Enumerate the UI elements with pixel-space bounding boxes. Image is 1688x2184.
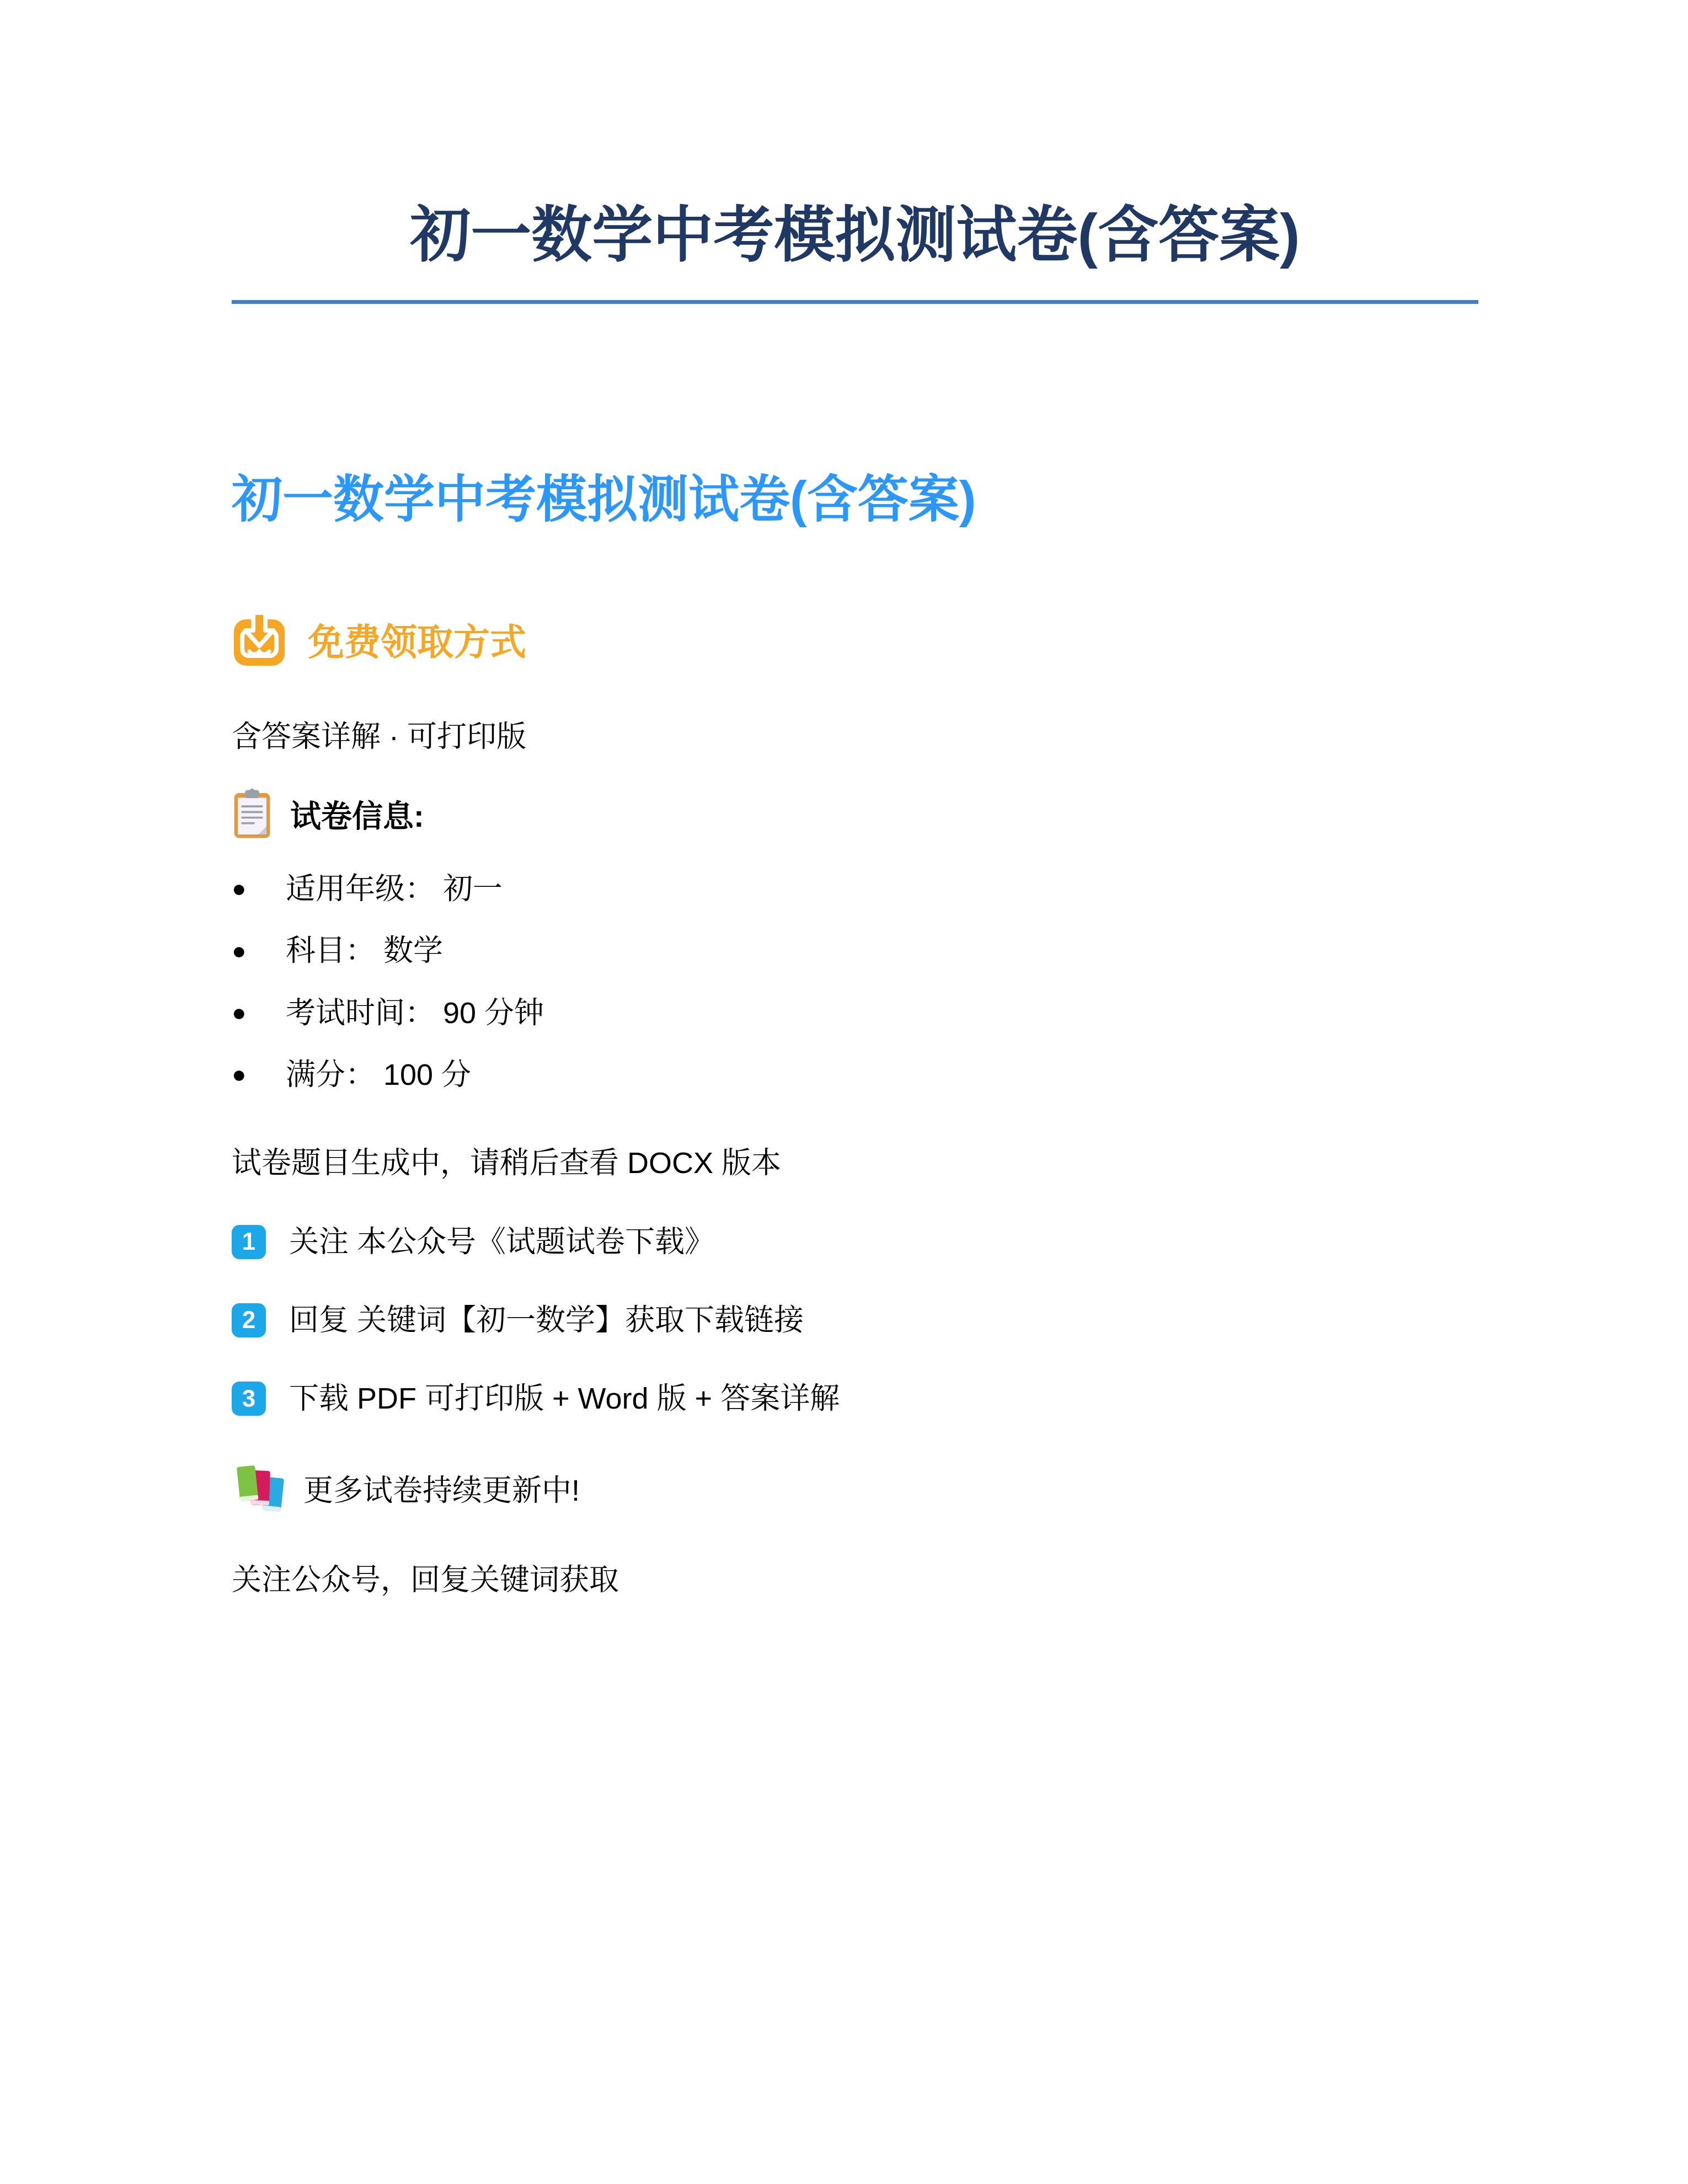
subtitle: 含答案详解 · 可打印版 — [232, 715, 1478, 758]
books-icon — [232, 1463, 289, 1520]
info-heading-row: 试卷信息: — [232, 788, 1478, 840]
step-row: 2 回复 关键词【初一数学】获取下载链接 — [232, 1299, 1478, 1342]
step-row: 1 关注 本公众号《试题试卷下载》 — [232, 1221, 1478, 1264]
section-heading: 初一数学中考模拟测试卷(含答案) — [232, 469, 1478, 530]
more-updates-text: 更多试卷持续更新中! — [303, 1469, 580, 1512]
step-text: 关注 本公众号《试题试卷下载》 — [289, 1221, 714, 1264]
list-item-text: 适用年级： 初一 — [286, 868, 503, 911]
bullet-icon: ● — [232, 944, 244, 959]
bullet-icon: ● — [232, 881, 244, 897]
list-item: ● 科目： 数学 — [232, 929, 1478, 972]
inbox-download-icon — [232, 612, 287, 667]
list-item-text: 科目： 数学 — [286, 929, 443, 972]
page-title: 初一数学中考模拟测试卷(含答案) — [232, 197, 1478, 274]
list-item-text: 考试时间： 90 分钟 — [286, 992, 544, 1035]
title-divider — [232, 300, 1478, 304]
keycap-2-icon: 2 — [232, 1303, 266, 1337]
footer-text: 关注公众号，回复关键词获取 — [232, 1559, 1478, 1602]
list-item: ● 考试时间： 90 分钟 — [232, 992, 1478, 1035]
list-item: ● 适用年级： 初一 — [232, 868, 1478, 911]
step-text: 下载 PDF 可打印版 + Word 版 + 答案详解 — [289, 1377, 840, 1420]
clipboard-icon — [232, 788, 273, 840]
generation-notice: 试卷题目生成中，请稍后查看 DOCX 版本 — [232, 1142, 1478, 1185]
step-row: 3 下载 PDF 可打印版 + Word 版 + 答案详解 — [232, 1377, 1478, 1420]
free-claim-heading-row: 免费领取方式 — [232, 612, 1478, 667]
list-item: ● 满分： 100 分 — [232, 1053, 1478, 1096]
more-updates-row: 更多试卷持续更新中! — [232, 1463, 1478, 1520]
info-label: 试卷信息: — [290, 792, 424, 836]
bullet-icon: ● — [232, 1005, 244, 1021]
free-claim-title: 免费领取方式 — [308, 613, 526, 665]
keycap-3-icon: 3 — [232, 1382, 266, 1416]
list-item-text: 满分： 100 分 — [286, 1053, 471, 1096]
info-list: ● 适用年级： 初一 ● 科目： 数学 ● 考试时间： 90 分钟 ● 满分： … — [232, 868, 1478, 1096]
bullet-icon: ● — [232, 1067, 244, 1083]
keycap-1-icon: 1 — [232, 1225, 266, 1259]
step-text: 回复 关键词【初一数学】获取下载链接 — [289, 1299, 804, 1342]
document-page: 初一数学中考模拟测试卷(含答案) 初一数学中考模拟测试卷(含答案) 免费领取方式… — [0, 0, 1688, 2184]
